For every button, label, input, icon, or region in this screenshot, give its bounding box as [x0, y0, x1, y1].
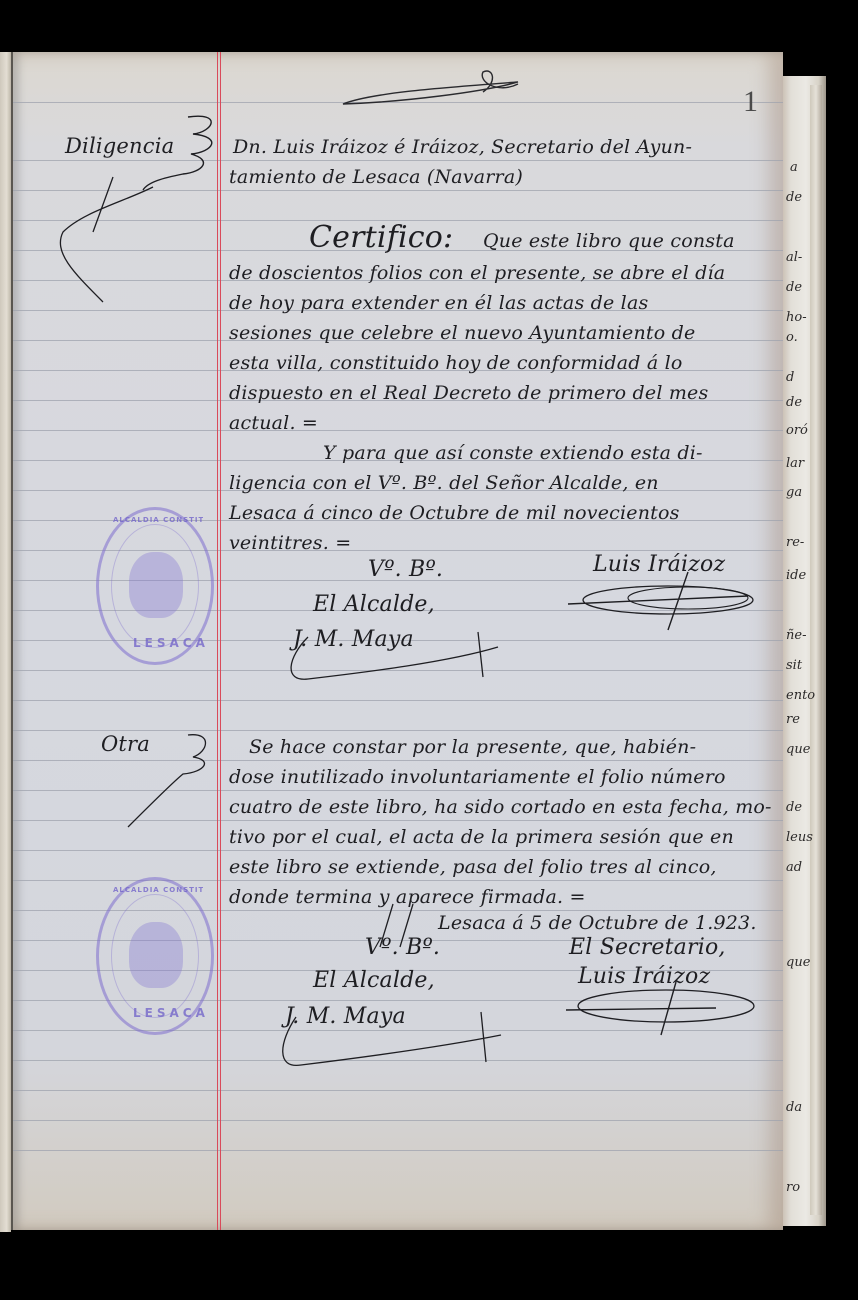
coat-of-arms-icon	[129, 922, 183, 988]
entry-1-body-line: de hoy para extender en él las actas de …	[229, 292, 648, 314]
entry-1-body-line: dispuesto en el Real Decreto de primero …	[229, 382, 708, 404]
entry-2-body-line: Se hace constar por la presente, que, ha…	[249, 736, 696, 758]
underlying-page-fragment: ñe-	[786, 628, 806, 643]
underlying-page-fragment: sit	[786, 658, 802, 673]
mayor-signature-flourish-icon	[278, 627, 508, 687]
entry-1-body-line: sesiones que celebre el nuevo Ayuntamien…	[229, 322, 695, 344]
ruled-line	[13, 1120, 783, 1121]
underlying-page-fragment: de	[786, 190, 802, 205]
entry-2-body-line: dose inutilizado involuntariamente el fo…	[229, 766, 726, 788]
entry-1-line: Dn. Luis Iráizoz é Iráizoz, Secretario d…	[233, 136, 692, 158]
underlying-page-fragment: al-	[786, 250, 802, 265]
ruled-line	[13, 1090, 783, 1091]
underlying-page-fragment: da	[786, 1100, 802, 1115]
entry-1-line: tamiento de Lesaca (Navarra)	[229, 166, 523, 188]
underlying-page-fragment: leus	[786, 830, 813, 845]
margin-line	[220, 52, 221, 1230]
underlying-page-fragment: d	[786, 370, 794, 385]
underlying-page-fragment: a	[790, 160, 798, 175]
entry-2-body-line: cuatro de este libro, ha sido cortado en…	[229, 796, 772, 818]
underlying-page-fragment: ento	[786, 688, 815, 703]
underlying-page-fragment: o.	[786, 330, 798, 345]
brace-flourish-icon	[113, 732, 223, 832]
underlying-page-fragment: re	[786, 712, 800, 727]
ruled-line	[13, 1150, 783, 1151]
entry-2-body-line: tivo por el cual, el acta de la primera …	[229, 826, 734, 848]
municipal-stamp: ALCALDIA CONSTITUCIONAL DE LA VILLA DE L…	[96, 507, 214, 665]
underlying-page-edge	[810, 85, 822, 1215]
underlying-page-fragment: ide	[786, 568, 806, 583]
underlying-page-fragment: lar	[786, 456, 804, 471]
underlying-page-fragment: de	[786, 800, 802, 815]
coat-of-arms-icon	[129, 552, 183, 618]
certifico-heading: Certifico:	[309, 220, 453, 255]
ruled-line	[13, 430, 783, 431]
underlying-page-fragment: re-	[786, 535, 804, 550]
entry-2-body-line: este libro se extiende, pasa del folio t…	[229, 856, 717, 878]
underlying-page-fragment: que	[786, 742, 810, 757]
underlying-page-fragment: ho-	[786, 310, 807, 325]
ruled-line	[13, 730, 783, 731]
stamp-bottom-text: LESACA	[133, 636, 209, 650]
entry-1-closing-line: ligencia con el Vº. Bº. del Señor Alcald…	[229, 472, 659, 494]
ledger-page: 1 Diligencia Dn. Luis Iráizoz é Iráizoz,…	[11, 52, 783, 1230]
entry-1-body-line: esta villa, constituido hoy de conformid…	[229, 352, 683, 374]
mayor-title: El Alcalde,	[313, 592, 435, 617]
header-flourish-icon	[333, 62, 533, 112]
underlying-page-fragment: ro	[786, 1180, 800, 1195]
secretary-rubric-icon	[566, 980, 766, 1040]
ruled-line	[13, 700, 783, 701]
entry-1-body-line: de doscientos folios con el presente, se…	[229, 262, 725, 284]
ruled-line	[13, 160, 783, 161]
stamp-top-text: ALCALDIA CONSTITUCIONAL DE LA VILLA DE	[113, 886, 203, 894]
mayor-title: El Alcalde,	[313, 968, 435, 993]
underlying-page-fragment: de	[786, 395, 802, 410]
margin-line	[217, 52, 218, 1230]
secretary-title: El Secretario,	[569, 935, 726, 960]
entry-1-closing-line: Y para que así conste extiendo esta di-	[323, 442, 703, 464]
place-date: Lesaca á 5 de Octubre de 1.923.	[438, 912, 757, 934]
underlying-page-fragment: ad	[786, 860, 802, 875]
stamp-bottom-text: LESACA	[133, 1006, 209, 1020]
underlying-page-fragment: de	[786, 280, 802, 295]
entry-1-line: Que este libro que consta	[483, 230, 735, 252]
left-page-edge	[0, 52, 11, 1232]
municipal-stamp: ALCALDIA CONSTITUCIONAL DE LA VILLA DE L…	[96, 877, 214, 1035]
underlying-page-fragment: que	[786, 955, 810, 970]
approval-mark: Vº. Bº.	[368, 557, 443, 582]
approval-mark: Vº. Bº.	[365, 935, 440, 960]
secretary-rubric-icon	[568, 572, 768, 632]
entry-1-closing-line: veintitres. =	[229, 532, 351, 554]
entry-1-closing-line: Lesaca á cinco de Octubre de mil novecie…	[229, 502, 680, 524]
entry-1-body-line: actual. =	[229, 412, 318, 434]
page-number: 1	[743, 85, 758, 119]
underlying-page-fragment: oró	[786, 423, 808, 438]
ruled-line	[13, 850, 783, 851]
ruled-line	[13, 880, 783, 881]
stamp-top-text: ALCALDIA CONSTITUCIONAL DE LA VILLA DE	[113, 516, 203, 524]
margin-flourish-icon	[53, 172, 163, 312]
underlying-page-fragment: ga	[786, 485, 802, 500]
mayor-signature-flourish-icon	[271, 1007, 511, 1077]
